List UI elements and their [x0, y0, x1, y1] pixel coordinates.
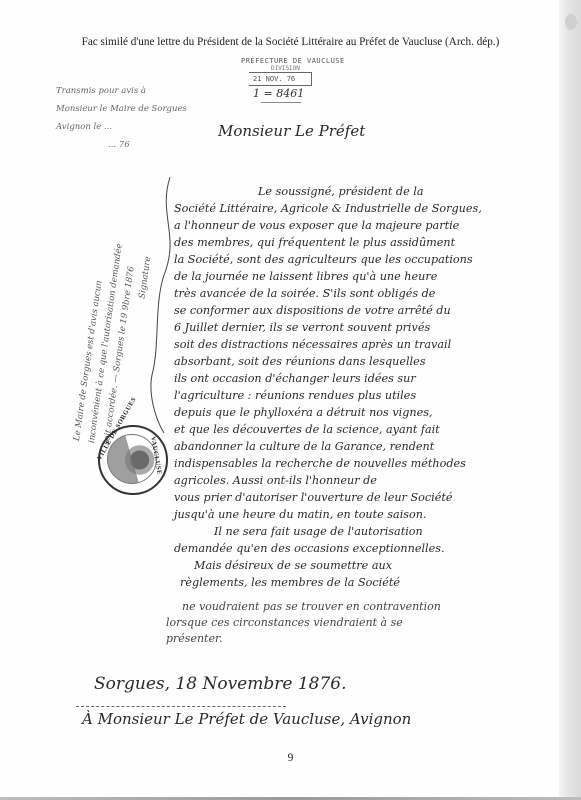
closing-overlay [0, 0, 581, 800]
